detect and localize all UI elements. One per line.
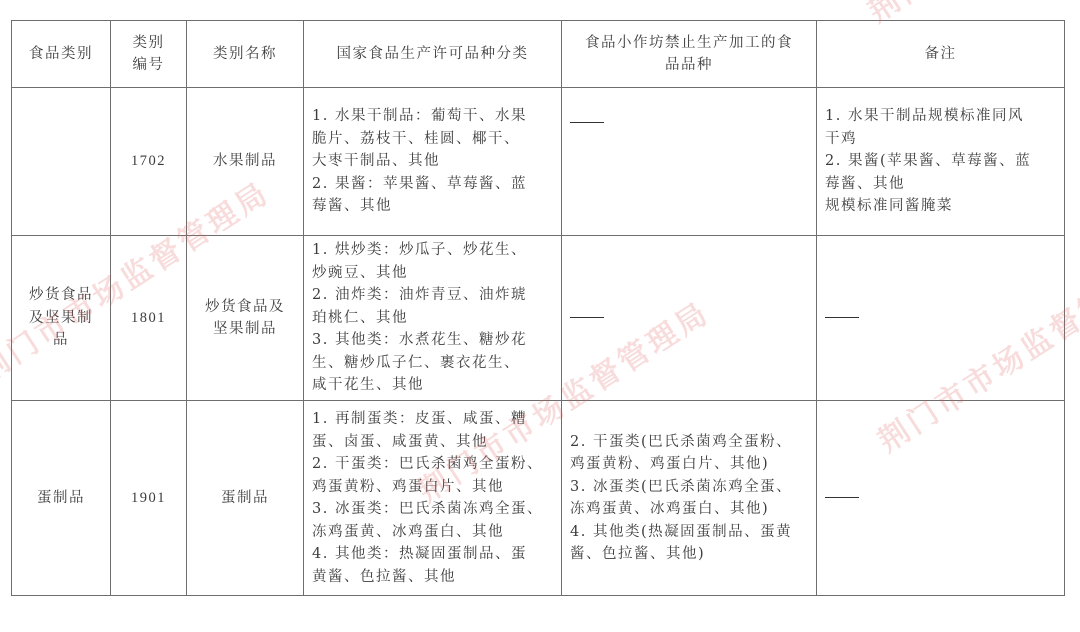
license-line: 3. 冰蛋类：巴氏杀菌冻鸡全蛋、 xyxy=(312,498,555,521)
table-row: 炒货食品 及坚果制 品 1801 炒货食品及 坚果制品 1. 烘炒类：炒瓜子、炒… xyxy=(12,236,1065,401)
header-workshop-prohibited: 食品小作坊禁止生产加工的食 品品种 xyxy=(562,21,817,88)
name-line: 炒货食品及 xyxy=(187,296,303,319)
table-row: 蛋制品 1901 蛋制品 1. 再制蛋类：皮蛋、咸蛋、糟 蛋、卤蛋、咸蛋黄、其他… xyxy=(12,401,1065,596)
header-code-line-1: 类别 xyxy=(111,32,186,55)
license-line: 鸡蛋黄粉、鸡蛋白片、其他 xyxy=(312,476,555,499)
license-line: 2. 干蛋类：巴氏杀菌鸡全蛋粉、 xyxy=(312,453,555,476)
license-line: 2. 油炸类：油炸青豆、油炸琥 xyxy=(312,284,555,307)
cell-license-classification: 1. 水果干制品：葡萄干、水果 脆片、荔枝干、桂圆、椰干、 大枣干制品、其他 2… xyxy=(304,88,562,236)
license-line: 炒豌豆、其他 xyxy=(312,262,555,285)
remark-line: 规模标准同酱腌菜 xyxy=(825,195,1058,218)
dash-placeholder xyxy=(570,317,604,318)
header-national-license-classification: 国家食品生产许可品种分类 xyxy=(304,21,562,88)
cell-category-code: 1702 xyxy=(111,88,187,236)
name-line: 蛋制品 xyxy=(187,487,303,510)
prohibited-line: 2. 干蛋类(巴氏杀菌鸡全蛋粉、 xyxy=(570,431,810,454)
prohibited-line: 酱、色拉酱、其他) xyxy=(570,543,810,566)
license-line: 4. 其他类：热凝固蛋制品、蛋 xyxy=(312,543,555,566)
header-category-code: 类别 编号 xyxy=(111,21,187,88)
cell-category-name: 蛋制品 xyxy=(187,401,304,596)
remark-line: 2. 果酱(苹果酱、草莓酱、蓝 xyxy=(825,150,1058,173)
cell-category-name: 炒货食品及 坚果制品 xyxy=(187,236,304,401)
license-line: 1. 烘炒类：炒瓜子、炒花生、 xyxy=(312,239,555,262)
cell-category-code: 1901 xyxy=(111,401,187,596)
header-category-name: 类别名称 xyxy=(187,21,304,88)
cell-food-category xyxy=(12,88,111,236)
cell-remarks xyxy=(817,401,1065,596)
prohibited-line: 鸡蛋黄粉、鸡蛋白片、其他) xyxy=(570,453,810,476)
cell-license-classification: 1. 烘炒类：炒瓜子、炒花生、 炒豌豆、其他 2. 油炸类：油炸青豆、油炸琥 珀… xyxy=(304,236,562,401)
header-remarks: 备注 xyxy=(817,21,1065,88)
license-line: 莓酱、其他 xyxy=(312,195,555,218)
prohibited-line: 3. 冰蛋类(巴氏杀菌冻鸡全蛋、 xyxy=(570,476,810,499)
header-prohibited-line-2: 品品种 xyxy=(562,54,816,77)
license-line: 大枣干制品、其他 xyxy=(312,150,555,173)
prohibited-line: 4. 其他类(热凝固蛋制品、蛋黄 xyxy=(570,521,810,544)
category-line: 品 xyxy=(12,329,110,352)
license-line: 咸干花生、其他 xyxy=(312,374,555,397)
cell-remarks: 1. 水果干制品规模标准同风 干鸡 2. 果酱(苹果酱、草莓酱、蓝 莓酱、其他 … xyxy=(817,88,1065,236)
table-row: 1702 水果制品 1. 水果干制品：葡萄干、水果 脆片、荔枝干、桂圆、椰干、 … xyxy=(12,88,1065,236)
category-line: 炒货食品 xyxy=(12,284,110,307)
header-row: 食品类别 类别 编号 类别名称 国家食品生产许可品种分类 食品小作坊禁止生产加工… xyxy=(12,21,1065,88)
license-line: 冻鸡蛋黄、冰鸡蛋白、其他 xyxy=(312,521,555,544)
remark-line: 莓酱、其他 xyxy=(825,173,1058,196)
name-line: 水果制品 xyxy=(187,150,303,173)
license-line: 1. 水果干制品：葡萄干、水果 xyxy=(312,105,555,128)
header-food-category: 食品类别 xyxy=(12,21,111,88)
cell-category-code: 1801 xyxy=(111,236,187,401)
cell-food-category: 蛋制品 xyxy=(12,401,111,596)
license-line: 黄酱、色拉酱、其他 xyxy=(312,566,555,589)
name-line: 坚果制品 xyxy=(187,318,303,341)
cell-prohibited: 2. 干蛋类(巴氏杀菌鸡全蛋粉、 鸡蛋黄粉、鸡蛋白片、其他) 3. 冰蛋类(巴氏… xyxy=(562,401,817,596)
category-line: 及坚果制 xyxy=(12,307,110,330)
license-line: 3. 其他类：水煮花生、糖炒花 xyxy=(312,329,555,352)
dash-placeholder xyxy=(570,122,604,123)
header-code-line-2: 编号 xyxy=(111,54,186,77)
cell-food-category: 炒货食品 及坚果制 品 xyxy=(12,236,111,401)
license-line: 脆片、荔枝干、桂圆、椰干、 xyxy=(312,128,555,151)
cell-prohibited xyxy=(562,88,817,236)
remark-line: 1. 水果干制品规模标准同风 xyxy=(825,105,1058,128)
prohibited-line: 冻鸡蛋黄、冰鸡蛋白、其他) xyxy=(570,498,810,521)
cell-license-classification: 1. 再制蛋类：皮蛋、咸蛋、糟 蛋、卤蛋、咸蛋黄、其他 2. 干蛋类：巴氏杀菌鸡… xyxy=(304,401,562,596)
license-line: 生、糖炒瓜子仁、裹衣花生、 xyxy=(312,352,555,375)
cell-category-name: 水果制品 xyxy=(187,88,304,236)
cell-prohibited xyxy=(562,236,817,401)
license-line: 1. 再制蛋类：皮蛋、咸蛋、糟 xyxy=(312,408,555,431)
license-line: 珀桃仁、其他 xyxy=(312,307,555,330)
license-line: 蛋、卤蛋、咸蛋黄、其他 xyxy=(312,431,555,454)
dash-placeholder xyxy=(825,497,859,498)
food-category-table: 食品类别 类别 编号 类别名称 国家食品生产许可品种分类 食品小作坊禁止生产加工… xyxy=(11,20,1065,596)
cell-remarks xyxy=(817,236,1065,401)
license-line: 2. 果酱：苹果酱、草莓酱、蓝 xyxy=(312,173,555,196)
header-prohibited-line-1: 食品小作坊禁止生产加工的食 xyxy=(562,32,816,55)
remark-line: 干鸡 xyxy=(825,128,1058,151)
dash-placeholder xyxy=(825,317,859,318)
